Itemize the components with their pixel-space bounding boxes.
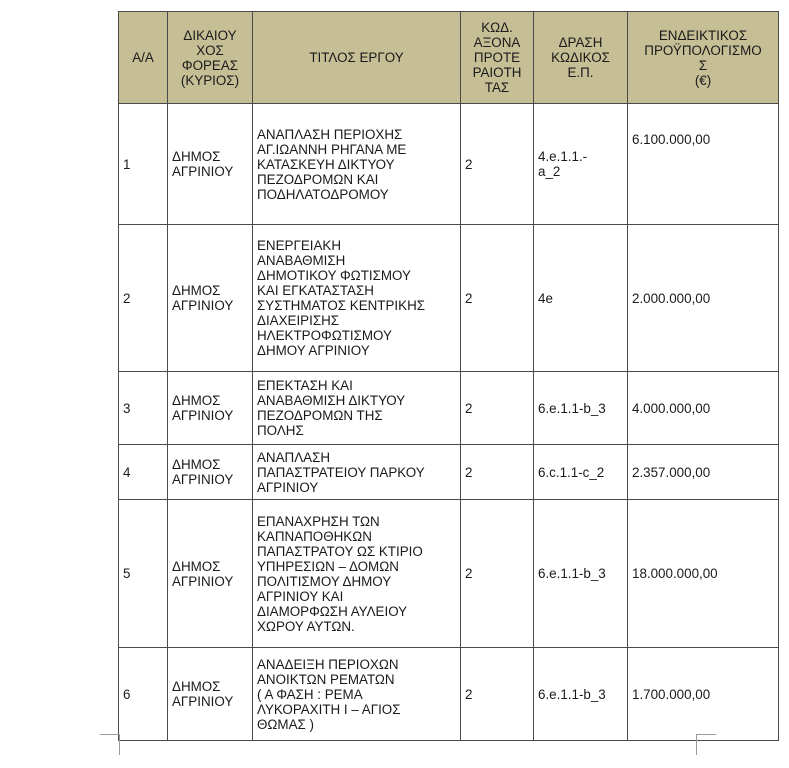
cell-priority-axis: 2 [461,648,534,741]
cell-action-code: 4e [534,225,628,372]
cell-project-title: ΕΠΕΚΤΑΣΗ ΚΑΙ ΑΝΑΒΑΘΜΙΣΗ ΔΙΚΤΥΟΥ ΠΕΖΟΔΡΟΜ… [253,372,461,445]
page-margin-corner-marker-right [696,734,716,755]
cell-project-title: ΕΠΑΝΑΧΡΗΣΗ ΤΩΝ ΚΑΠΝΑΠΟΘΗΚΩΝ ΠΑΠΑΣΤΡΑΤΟΥ … [253,500,461,648]
header-priority-axis-code: ΚΩΔ. ΑΞΟΝΑ ΠΡΟΤΕ ΡΑΙΟΤΗ ΤΑΣ [461,12,534,104]
cell-action-code: 6.e.1.1-b_3 [534,500,628,648]
cell-beneficiary: ΔΗΜΟΣ ΑΓΡΙΝΙΟΥ [168,104,253,225]
cell-budget: 2.357.000,00 [628,445,779,500]
cell-priority-axis: 2 [461,104,534,225]
header-project-title: ΤΙΤΛΟΣ ΕΡΓΟΥ [253,12,461,104]
header-aa: Α/Α [119,12,168,104]
cell-beneficiary: ΔΗΜΟΣ ΑΓΡΙΝΙΟΥ [168,225,253,372]
cell-aa: 1 [119,104,168,225]
table-row: 4 ΔΗΜΟΣ ΑΓΡΙΝΙΟΥ ΑΝΑΠΛΑΣΗ ΠΑΠΑΣΤΡΑΤΕΙΟΥ … [119,445,779,500]
header-beneficiary: ΔΙΚΑΙΟΥ ΧΟΣ ΦΟΡΕΑΣ (ΚΥΡΙΟΣ) [168,12,253,104]
cell-project-title: ΑΝΑΔΕΙΞΗ ΠΕΡΙΟΧΩΝ ΑΝΟΙΚΤΩΝ ΡΕΜΑΤΩΝ ( Α Φ… [253,648,461,741]
cell-budget: 1.700.000,00 [628,648,779,741]
cell-aa: 5 [119,500,168,648]
cell-budget: 6.100.000,00 [628,104,779,225]
cell-budget: 4.000.000,00 [628,372,779,445]
table-header-row: Α/Α ΔΙΚΑΙΟΥ ΧΟΣ ΦΟΡΕΑΣ (ΚΥΡΙΟΣ) ΤΙΤΛΟΣ Ε… [119,12,779,104]
cell-budget: 18.000.000,00 [628,500,779,648]
header-indicative-budget: ΕΝΔΕΙΚΤΙΚΟΣ ΠΡΟΫΠΟΛΟΓΙΣΜΟ Σ (€) [628,12,779,104]
cell-action-code: 6.e.1.1-b_3 [534,648,628,741]
cell-aa: 4 [119,445,168,500]
cell-action-code: 6.c.1.1-c_2 [534,445,628,500]
table-row: 2 ΔΗΜΟΣ ΑΓΡΙΝΙΟΥ ΕΝΕΡΓΕΙΑΚΗ ΑΝΑΒΑΘΜΙΣΗ Δ… [119,225,779,372]
cell-beneficiary: ΔΗΜΟΣ ΑΓΡΙΝΙΟΥ [168,445,253,500]
cell-priority-axis: 2 [461,500,534,648]
cell-action-code: 4.e.1.1.- a_2 [534,104,628,225]
cell-beneficiary: ΔΗΜΟΣ ΑΓΡΙΝΙΟΥ [168,500,253,648]
cell-priority-axis: 2 [461,445,534,500]
page-margin-corner-marker-left [100,734,120,755]
cell-project-title: ΑΝΑΠΛΑΣΗ ΠΑΠΑΣΤΡΑΤΕΙΟΥ ΠΑΡΚΟΥ ΑΓΡΙΝΙΟΥ [253,445,461,500]
table-row: 3 ΔΗΜΟΣ ΑΓΡΙΝΙΟΥ ΕΠΕΚΤΑΣΗ ΚΑΙ ΑΝΑΒΑΘΜΙΣΗ… [119,372,779,445]
cell-priority-axis: 2 [461,225,534,372]
cell-project-title: ΕΝΕΡΓΕΙΑΚΗ ΑΝΑΒΑΘΜΙΣΗ ΔΗΜΟΤΙΚΟΥ ΦΩΤΙΣΜΟΥ… [253,225,461,372]
cell-action-code: 6.e.1.1-b_3 [534,372,628,445]
table-row: 6 ΔΗΜΟΣ ΑΓΡΙΝΙΟΥ ΑΝΑΔΕΙΞΗ ΠΕΡΙΟΧΩΝ ΑΝΟΙΚ… [119,648,779,741]
table-row: 1 ΔΗΜΟΣ ΑΓΡΙΝΙΟΥ ΑΝΑΠΛΑΣΗ ΠΕΡΙΟΧΗΣ ΑΓ.ΙΩ… [119,104,779,225]
cell-aa: 3 [119,372,168,445]
projects-table: Α/Α ΔΙΚΑΙΟΥ ΧΟΣ ΦΟΡΕΑΣ (ΚΥΡΙΟΣ) ΤΙΤΛΟΣ Ε… [118,11,779,741]
cell-aa: 2 [119,225,168,372]
header-action-code: ΔΡΑΣΗ ΚΩΔΙΚΟΣ Ε.Π. [534,12,628,104]
cell-priority-axis: 2 [461,372,534,445]
cell-project-title: ΑΝΑΠΛΑΣΗ ΠΕΡΙΟΧΗΣ ΑΓ.ΙΩΑΝΝΗ ΡΗΓΑΝΑ ΜΕ ΚΑ… [253,104,461,225]
cell-aa: 6 [119,648,168,741]
cell-beneficiary: ΔΗΜΟΣ ΑΓΡΙΝΙΟΥ [168,648,253,741]
cell-beneficiary: ΔΗΜΟΣ ΑΓΡΙΝΙΟΥ [168,372,253,445]
cell-budget: 2.000.000,00 [628,225,779,372]
table-row: 5 ΔΗΜΟΣ ΑΓΡΙΝΙΟΥ ΕΠΑΝΑΧΡΗΣΗ ΤΩΝ ΚΑΠΝΑΠΟΘ… [119,500,779,648]
